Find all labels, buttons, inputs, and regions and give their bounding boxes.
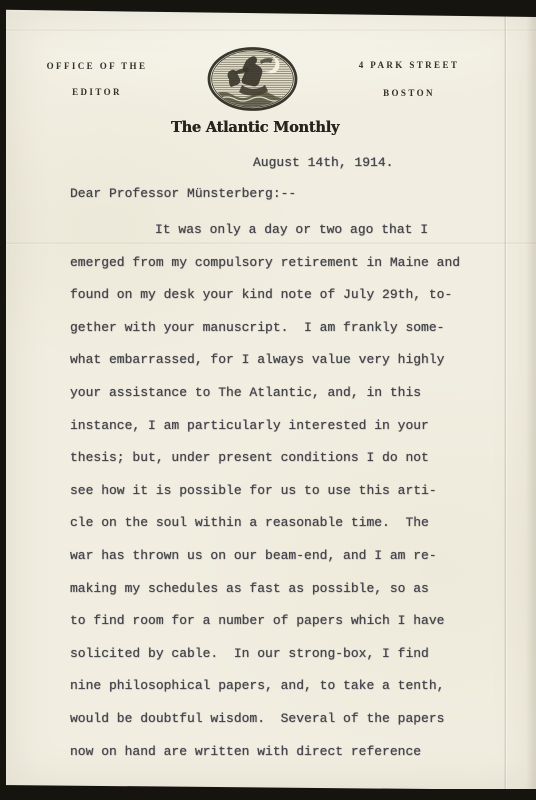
- body-line: emerged from my compulsory retirement in…: [70, 247, 490, 280]
- body-line: now on hand are written with direct refe…: [70, 736, 490, 769]
- body-line: what embarrassed, for I always value ver…: [70, 344, 490, 377]
- letter-date: August 14th, 1914.: [253, 155, 393, 170]
- publication-name: The Atlantic Monthly: [160, 119, 350, 136]
- body-line: found on my desk your kind note of July …: [70, 279, 490, 312]
- body-line: cle on the soul within a reasonable time…: [70, 507, 490, 540]
- body-line: thesis; but, under present conditions I …: [70, 442, 490, 475]
- fold-crease-top: [6, 29, 536, 32]
- body-line: your assistance to The Atlantic, and, in…: [70, 377, 490, 410]
- body-line: to find room for a number of papers whic…: [70, 605, 490, 638]
- body-line: instance, I am particularly interested i…: [70, 410, 490, 443]
- body-line: would be doubtful wisdom. Several of the…: [70, 703, 490, 736]
- body-lines: It was only a day or two ago that Iemerg…: [70, 214, 490, 768]
- body-line: It was only a day or two ago that I: [70, 214, 490, 247]
- paper-right-shadow: [526, 9, 536, 789]
- atlantic-monthly-emblem-icon: [205, 45, 300, 115]
- letterhead-office-line1: OFFICE OF THE: [36, 61, 158, 71]
- body-line: gether with your manuscript. I am frankl…: [70, 312, 490, 345]
- letterhead-office-line2: EDITOR: [36, 87, 158, 97]
- body-line: solicited by cable. In our strong-box, I…: [70, 638, 490, 671]
- body-line: making my schedules as fast as possible,…: [70, 573, 490, 606]
- body-line: nine philosophical papers, and, to take …: [70, 670, 490, 703]
- body-line: see how it is possible for us to use thi…: [70, 475, 490, 508]
- letterhead-address-line1: 4 PARK STREET: [348, 60, 470, 70]
- letterhead-address-line2: BOSTON: [348, 88, 470, 98]
- letter-salutation: Dear Professor Münsterberg:--: [70, 186, 296, 201]
- fold-crease-vertical: [504, 9, 507, 789]
- body-line: war has thrown us on our beam-end, and I…: [70, 540, 490, 573]
- letter-paper: OFFICE OF THE EDITOR 4 PARK STREET BOSTO…: [6, 9, 536, 789]
